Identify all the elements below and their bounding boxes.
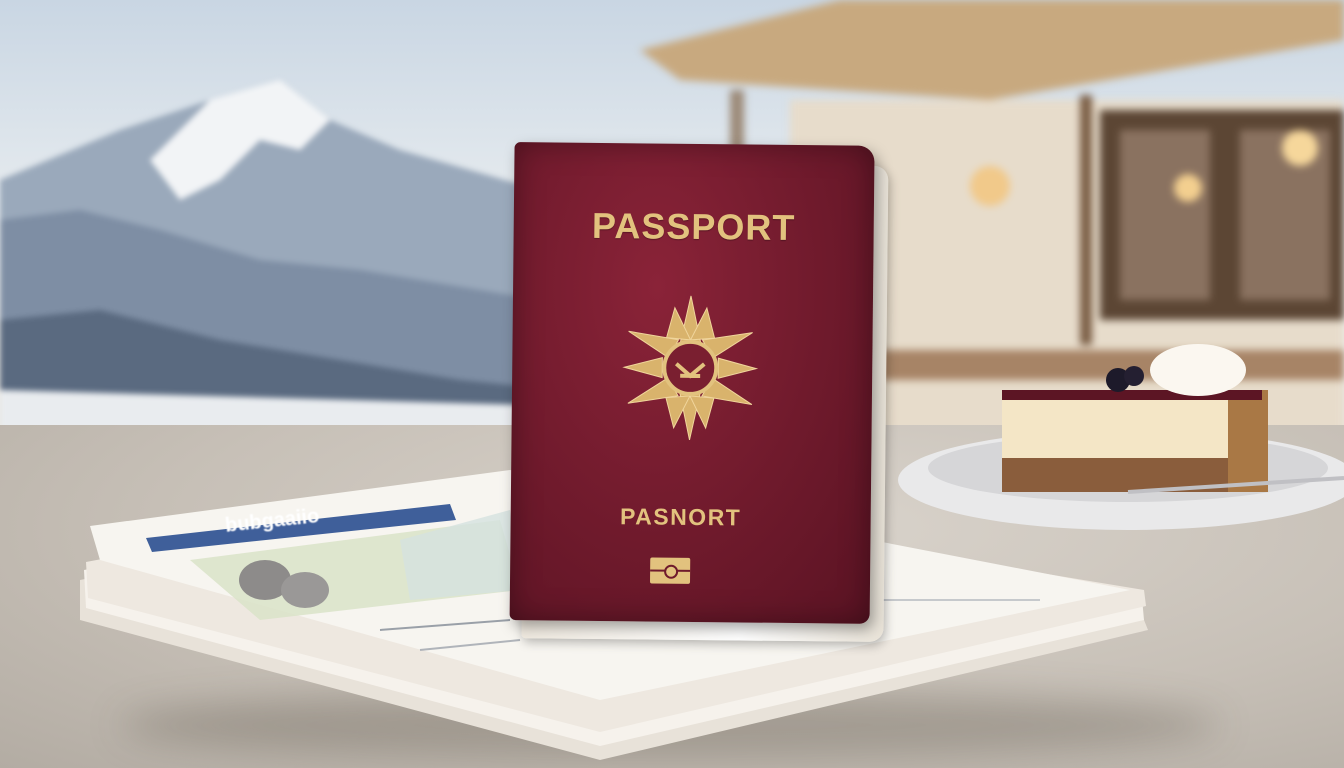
photo-scene: bubgaaiio PASSPORT xyxy=(0,0,1344,768)
passport-title: PASSPORT xyxy=(514,204,874,250)
passport: PASSPORT PAS xyxy=(509,142,886,642)
cheesecake-on-plate xyxy=(898,340,1344,540)
star-emblem-icon xyxy=(619,293,761,442)
biometric-chip-icon xyxy=(650,558,690,584)
passport-subtitle: PASNORT xyxy=(511,502,851,533)
passport-cover: PASSPORT PAS xyxy=(510,142,875,624)
